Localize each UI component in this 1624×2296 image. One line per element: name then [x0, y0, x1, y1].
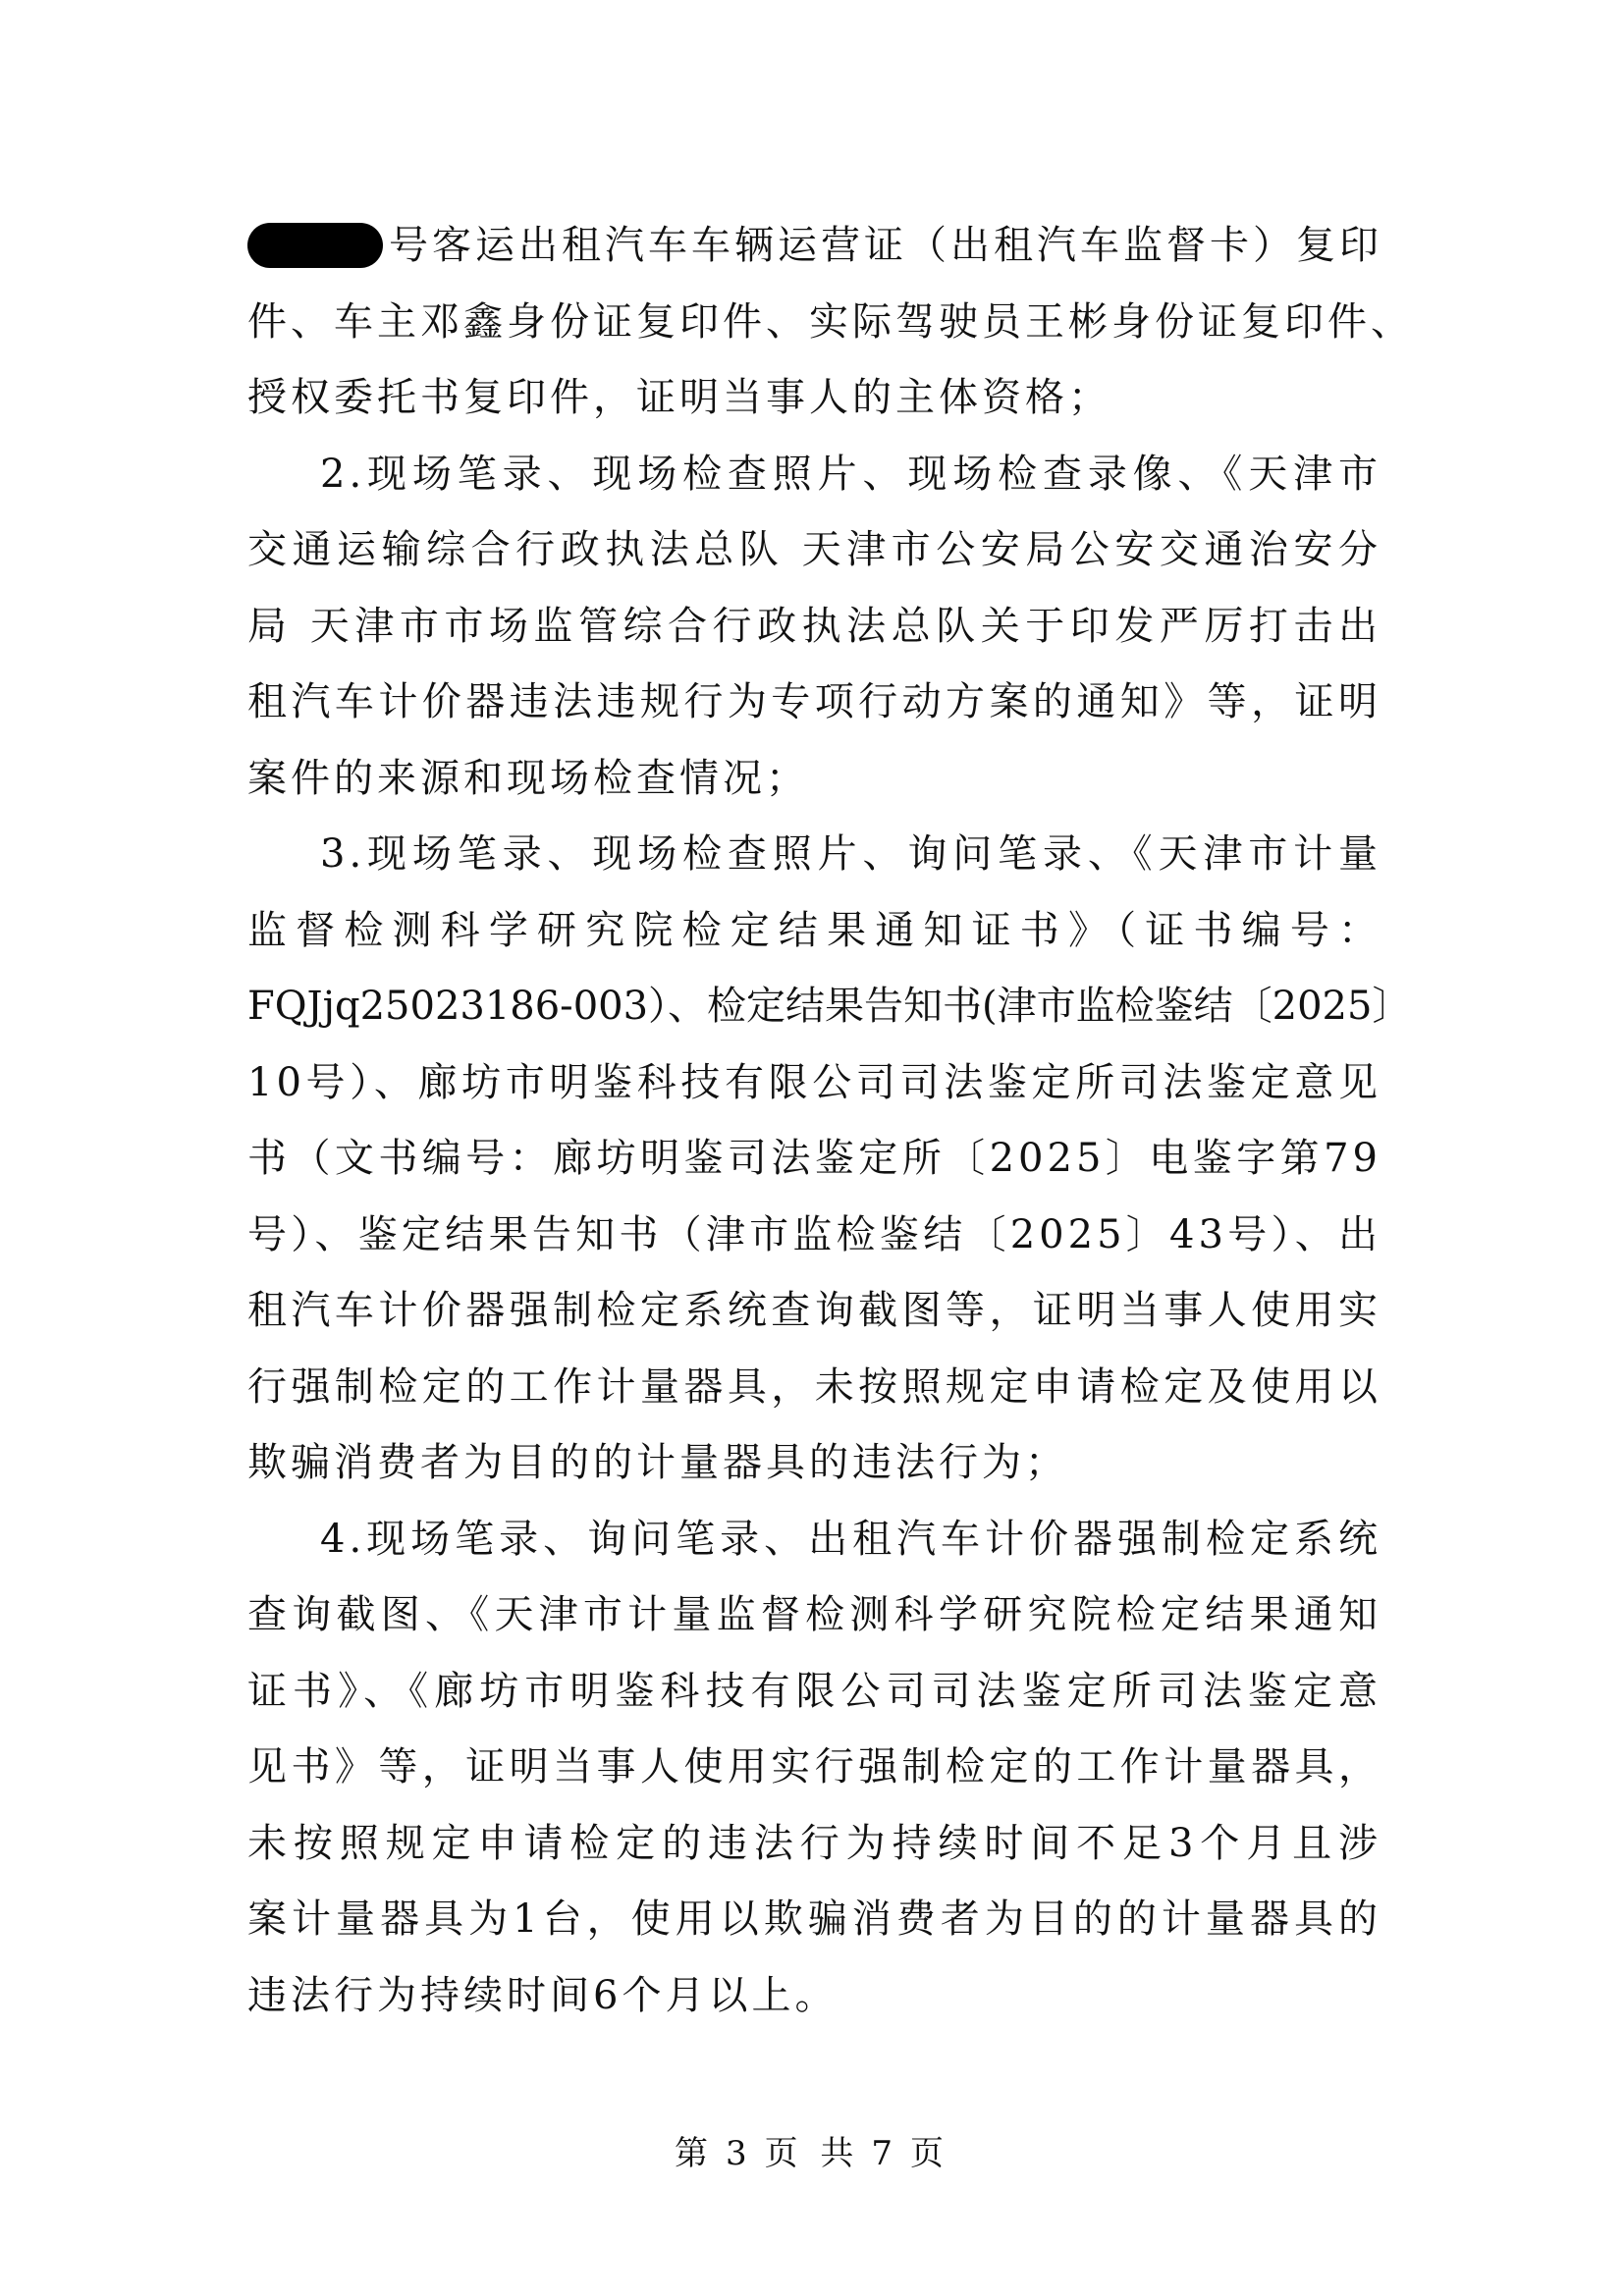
text-line-8: 案件的来源和现场检查情况； [247, 741, 1381, 818]
text-line-2: 件、车主邓鑫身份证复印件、实际驾驶员王彬身份证复印件、 [247, 285, 1381, 361]
document-body: 号客运出租汽车车辆运营证（出租汽车监督卡）复印 件、车主邓鑫身份证复印件、实际驾… [247, 208, 1381, 2034]
text-line-21: 见书》等，证明当事人使用实行强制检定的工作计量器具， [247, 1730, 1381, 1806]
text-line-14: 号）、鉴定结果告知书（津市监检鉴结〔2025〕43号）、出 [247, 1198, 1381, 1274]
current-page-number: 3 [726, 2134, 753, 2173]
text-line-19: 查询截图、《天津市计量监督检测科学研究院检定结果通知 [247, 1577, 1381, 1654]
text-line-10: 监督检测科学研究院检定结果通知证书》（证书编号： [247, 893, 1381, 970]
footer-suffix: 页 [910, 2134, 949, 2173]
page-number-footer: 第3页 共7页 [0, 2126, 1624, 2174]
evidence-item-4: 4.现场笔录、询问笔录、出租汽车计价器强制检定系统 [247, 1502, 1381, 1578]
text-line-23: 案计量器具为1台，使用以欺骗消费者为目的的计量器具的 [247, 1882, 1381, 1958]
evidence-item-3: 3.现场笔录、现场检查照片、询问笔录、《天津市计量 [247, 817, 1381, 893]
line-text: 号客运出租汽车车辆运营证（出租汽车监督卡）复印 [389, 223, 1382, 268]
total-page-count: 7 [871, 2134, 898, 2173]
text-line-15: 租汽车计价器强制检定系统查询截图等，证明当事人使用实 [247, 1273, 1381, 1350]
text-line-16: 行强制检定的工作计量器具，未按照规定申请检定及使用以 [247, 1350, 1381, 1426]
text-line-3: 授权委托书复印件，证明当事人的主体资格； [247, 360, 1381, 437]
text-line-24: 违法行为持续时间6个月以上。 [247, 1958, 1381, 2035]
document-page: 号客运出租汽车车辆运营证（出租汽车监督卡）复印 件、车主邓鑫身份证复印件、实际驾… [0, 0, 1624, 2296]
redaction-block [247, 223, 383, 268]
text-line-6: 局 天津市市场监管综合行政执法总队关于印发严厉打击出 [247, 589, 1381, 666]
text-line-17: 欺骗消费者为目的的计量器具的违法行为； [247, 1425, 1381, 1502]
text-line-22: 未按照规定申请检定的违法行为持续时间不足3个月且涉 [247, 1806, 1381, 1883]
text-line-11: FQJjq25023186-003）、检定结果告知书(津市监检鉴结〔2025〕 [247, 969, 1381, 1045]
text-line-12: 10号）、廊坊市明鉴科技有限公司司法鉴定所司法鉴定意见 [247, 1045, 1381, 1122]
text-line-20: 证书》、《廊坊市明鉴科技有限公司司法鉴定所司法鉴定意 [247, 1654, 1381, 1731]
text-line-5: 交通运输综合行政执法总队 天津市公安局公安交通治安分 [247, 512, 1381, 589]
text-line-13: 书（文书编号：廊坊明鉴司法鉴定所〔2025〕电鉴字第79 [247, 1121, 1381, 1198]
text-line-7: 租汽车计价器违法违规行为专项行动方案的通知》等，证明 [247, 665, 1381, 741]
footer-mid: 页 共 [765, 2134, 860, 2173]
text-line-1: 号客运出租汽车车辆运营证（出租汽车监督卡）复印 [247, 208, 1381, 285]
footer-prefix: 第 [675, 2134, 714, 2173]
evidence-item-2: 2.现场笔录、现场检查照片、现场检查录像、《天津市 [247, 437, 1381, 513]
